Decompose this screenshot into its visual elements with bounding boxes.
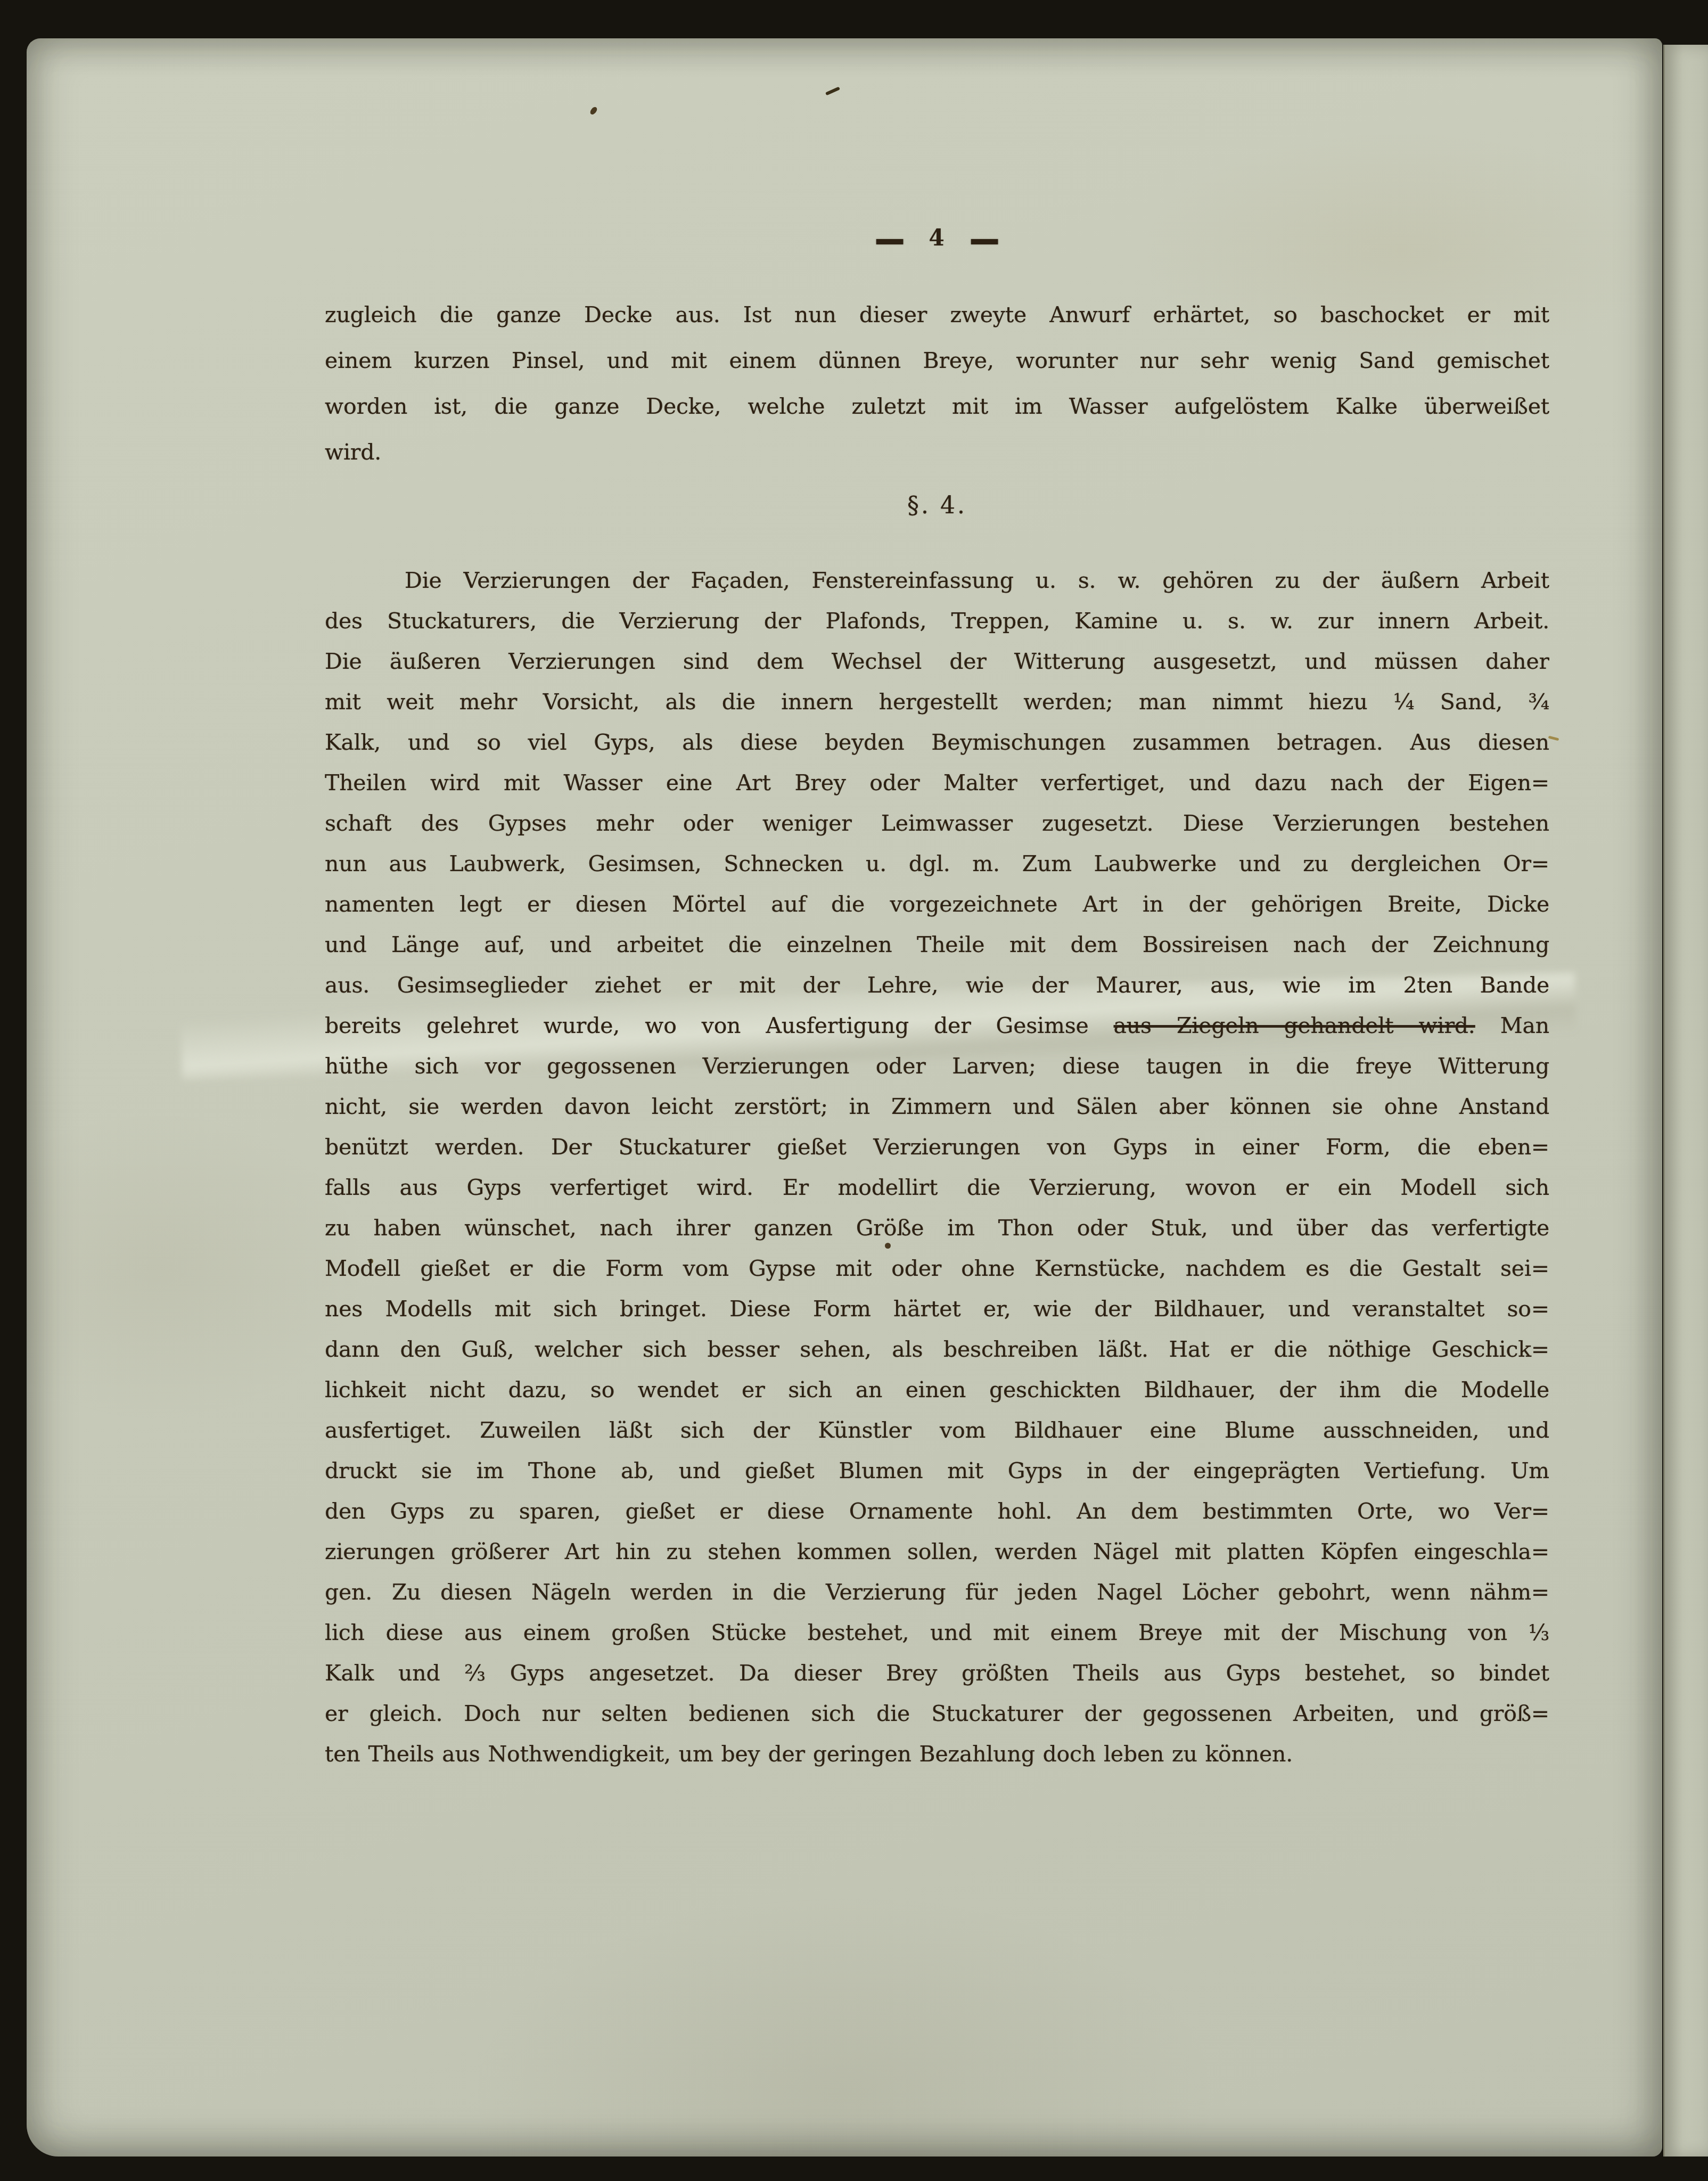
paragraph-continuation: zugleich die ganze Decke aus. Ist nun di… xyxy=(325,292,1549,475)
page-number-row: —4— xyxy=(325,225,1650,251)
text-line: lichkeit nicht dazu, so wendet er sich a… xyxy=(325,1370,1549,1410)
text-line: Die Verzierungen der Façaden, Fensterein… xyxy=(325,560,1549,601)
text-line: Theilen wird mit Wasser eine Art Brey od… xyxy=(325,762,1549,803)
paper-speck xyxy=(825,87,840,96)
struck-text: aus Ziegeln gehandelt wird. xyxy=(1114,1013,1475,1038)
text-line: lich diese aus einem großen Stücke beste… xyxy=(325,1612,1549,1653)
page-number-dash-right: — xyxy=(969,212,999,264)
scanned-book-photo: —4— zugleich die ganze Decke aus. Ist nu… xyxy=(0,0,1708,2181)
paper-speck xyxy=(589,106,598,116)
text-line: ausfertiget. Zuweilen läßt sich der Küns… xyxy=(325,1410,1549,1450)
text-line: namenten legt er diesen Mörtel auf die v… xyxy=(325,884,1549,924)
text-line: ten Theils aus Nothwendigkeit, um bey de… xyxy=(325,1734,1549,1774)
text-line: benützt werden. Der Stuckaturer gießet V… xyxy=(325,1127,1549,1167)
text-line: mit weit mehr Vorsicht, als die innern h… xyxy=(325,682,1549,722)
text-line: Kalk und ⅔ Gyps angesetzet. Da dieser Br… xyxy=(325,1653,1549,1693)
text-line: einem kurzen Pinsel, und mit einem dünne… xyxy=(325,338,1549,383)
text-line: bereits gelehret wurde, wo von Ausfertig… xyxy=(325,1005,1549,1046)
text-line: Die äußeren Verzierungen sind dem Wechse… xyxy=(325,641,1549,682)
text-line: aus. Gesimseglieder ziehet er mit der Le… xyxy=(325,965,1549,1005)
page-number: 4 xyxy=(929,225,945,251)
text-line: nun aus Laubwerk, Gesimsen, Schnecken u.… xyxy=(325,843,1549,884)
text-line: und Länge auf, und arbeitet die einzelne… xyxy=(325,924,1549,965)
text-line: Modell gießet er die Form vom Gypse mit … xyxy=(325,1248,1549,1289)
text-line: nicht, sie werden davon leicht zerstört;… xyxy=(325,1086,1549,1127)
text-line: gen. Zu diesen Nägeln werden in die Verz… xyxy=(325,1572,1549,1612)
text-line: zugleich die ganze Decke aus. Ist nun di… xyxy=(325,292,1549,338)
text-line: zu haben wünschet, nach ihrer ganzen Grö… xyxy=(325,1208,1549,1248)
text-line: schaft des Gypses mehr oder weniger Leim… xyxy=(325,803,1549,843)
paper-speck xyxy=(1548,736,1559,741)
text-line: hüthe sich vor gegossenen Verzierungen o… xyxy=(325,1046,1549,1086)
text-line: falls aus Gyps verfertiget wird. Er mode… xyxy=(325,1167,1549,1208)
paragraph-section-4: Die Verzierungen der Façaden, Fensterein… xyxy=(325,560,1549,1774)
text-line: nes Modells mit sich bringet. Diese Form… xyxy=(325,1289,1549,1329)
section-heading: §. 4. xyxy=(325,492,1650,519)
text-line: dann den Guß, welcher sich besser sehen,… xyxy=(325,1329,1549,1370)
text-line: den Gyps zu sparen, gießet er diese Orna… xyxy=(325,1491,1549,1531)
text-line: druckt sie im Thone ab, und gießet Blume… xyxy=(325,1450,1549,1491)
text-line: worden ist, die ganze Decke, welche zule… xyxy=(325,383,1549,429)
book-page: —4— zugleich die ganze Decke aus. Ist nu… xyxy=(27,38,1662,2157)
text-line: er gleich. Doch nur selten bedienen sich… xyxy=(325,1693,1549,1734)
underlying-page-edge xyxy=(1663,45,1708,2157)
text-line: Kalk, und so viel Gyps, als diese beyden… xyxy=(325,722,1549,762)
text-line: des Stuckaturers, die Verzierung der Pla… xyxy=(325,601,1549,641)
page-number-dash-left: — xyxy=(875,212,905,264)
text-line: zierungen größerer Art hin zu stehen kom… xyxy=(325,1531,1549,1572)
text-line: wird. xyxy=(325,429,1549,475)
